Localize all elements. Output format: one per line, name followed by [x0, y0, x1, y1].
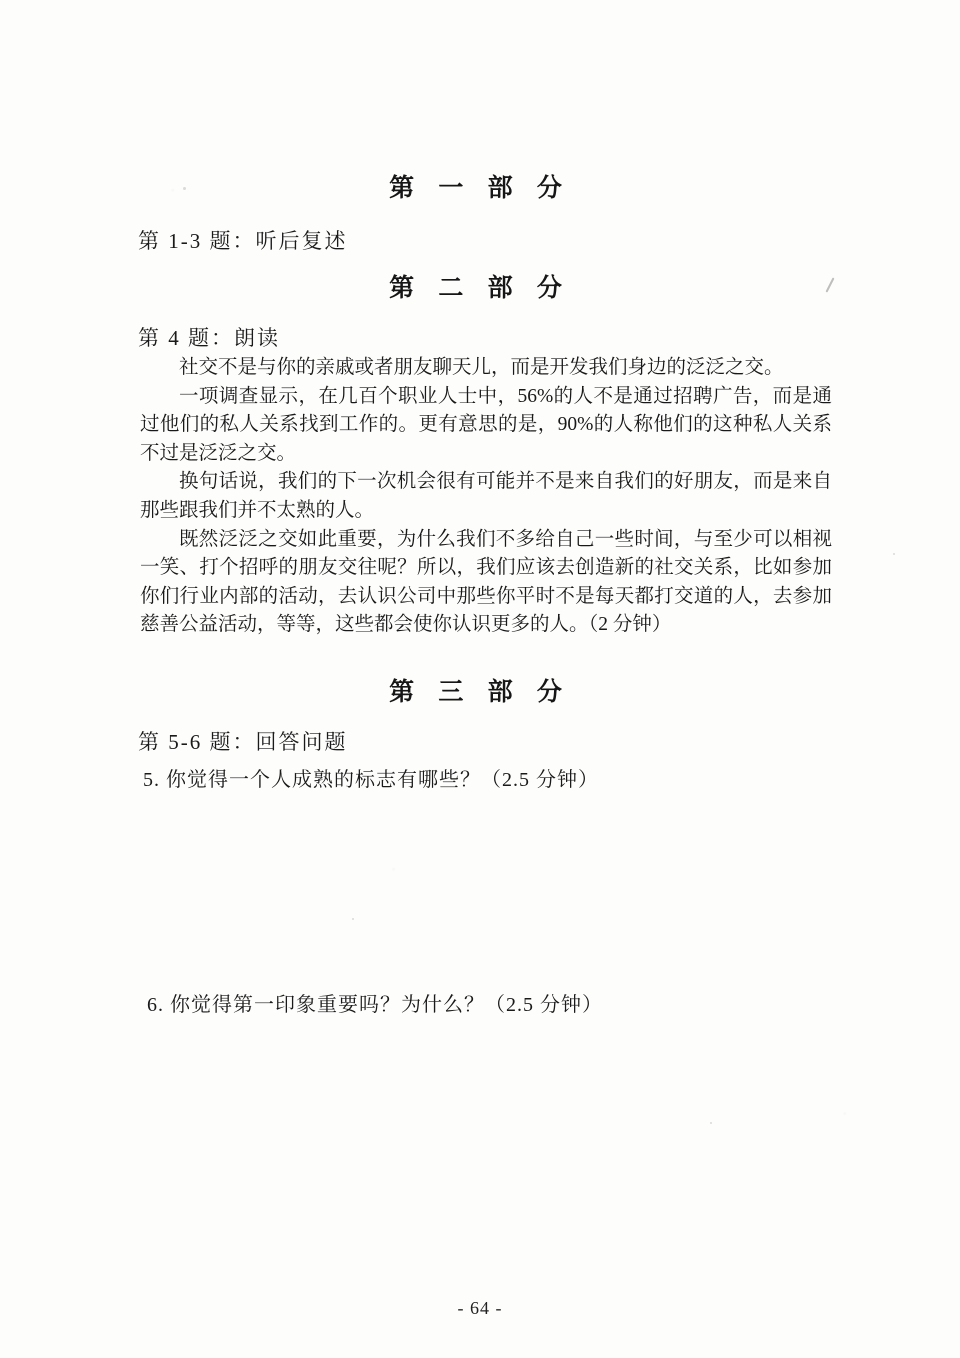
passage-paragraph-2: 一项调查显示，在几百个职业人士中，56%的人不是通过招聘广告，而是通过他们的私人… [140, 383, 832, 469]
part1-heading: 第 一 部 分 [0, 168, 960, 204]
passage-paragraph-4: 既然泛泛之交如此重要，为什么我们不多给自己一些时间，与至少可以相视一笑、打个招呼… [140, 526, 832, 640]
passage-paragraph-3: 换句话说，我们的下一次机会很有可能并不是来自我们的好朋友，而是来自那些跟我们并不… [140, 468, 832, 525]
scan-speck [352, 918, 354, 920]
scan-speck [893, 553, 895, 555]
scan-speck [183, 187, 186, 190]
question-5: 5. 你觉得一个人成熟的标志有哪些？（2.5 分钟） [143, 763, 599, 792]
part1-task-label: 第 1-3 题：听后复述 [138, 225, 348, 255]
page-number: - 64 - [0, 1298, 960, 1319]
part3-heading: 第 三 部 分 [0, 672, 960, 708]
scanned-exam-page: 第 一 部 分 第 1-3 题：听后复述 第 二 部 分 第 4 题：朗读 社交… [0, 0, 960, 1358]
part3-task-label: 第 5-6 题：回答问题 [138, 726, 348, 756]
question-6: 6. 你觉得第一印象重要吗？为什么？（2.5 分钟） [147, 988, 603, 1017]
part2-heading: 第 二 部 分 [0, 268, 960, 304]
passage-paragraph-1: 社交不是与你的亲戚或者朋友聊天儿，而是开发我们身边的泛泛之交。 [140, 354, 832, 383]
reading-passage: 社交不是与你的亲戚或者朋友聊天儿，而是开发我们身边的泛泛之交。 一项调查显示，在… [140, 354, 832, 640]
part2-task-label: 第 4 题：朗读 [138, 322, 280, 352]
scan-speck [710, 1122, 712, 1124]
